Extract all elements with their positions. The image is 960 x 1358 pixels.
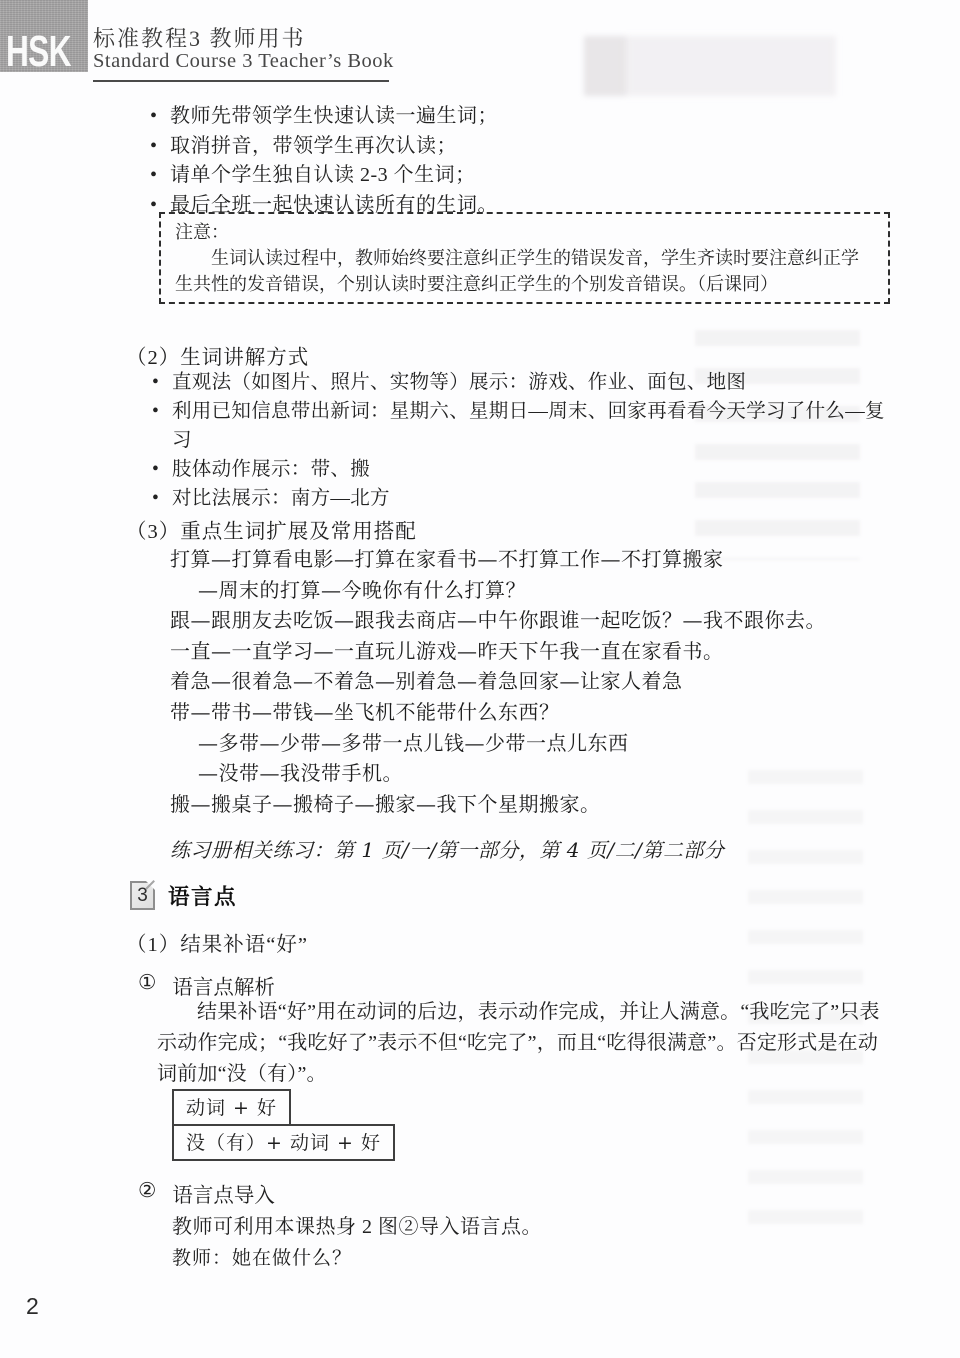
bullet-icon: • [148, 161, 170, 191]
teacher-dialogue-line: 教师：她在做什么？ [172, 1243, 352, 1270]
expansion-line: 一直—一直学习—一直玩儿游戏—昨天下午我一直在家看书。 [170, 636, 896, 667]
bullet-text: 教师先带领学生快速认读一遍生词； [170, 102, 894, 132]
list-item: •利用已知信息带出新词：星期六、星期日—周末、回家再看看今天学习了什么—复习 [150, 398, 894, 456]
expansion-line: —周末的打算—今晚你有什么打算？ [170, 575, 896, 606]
subsection-heading-result-complement: （1）结果补语“好” [126, 927, 308, 957]
expansion-line: 着急—很着急—不着急—别着急—着急回家—让家人着急 [170, 666, 896, 697]
list-item: •教师先带领学生快速认读一遍生词； [148, 102, 894, 132]
expansion-line: —多带—少带—多带一点儿钱—少带一点儿东西 [170, 728, 896, 759]
circled-number-1: ① [138, 970, 156, 1000]
grammar-explanation-paragraph: 结果补语“好”用在动词的后边，表示动作完成，并让人满意。“我吃完了”只表示动作完… [157, 997, 897, 1090]
list-item: •请单个学生独自认读 2-3 个生词； [148, 161, 894, 191]
header-underline [93, 80, 389, 82]
hsk-logo: HSK [0, 0, 88, 72]
list-item: •对比法展示：南方—北方 [150, 485, 894, 514]
bullet-text: 利用已知信息带出新词：星期六、星期日—周末、回家再看看今天学习了什么—复习 [172, 398, 894, 456]
bullet-text: 取消拼音，带领学生再次认读； [170, 132, 894, 162]
section-heading-vocab-explain: （2）生词讲解方式 [126, 340, 309, 370]
vocab-expansion-lines: 打算—打算看电影—打算在家看书—不打算工作—不打算搬家 —周末的打算—今晚你有什… [170, 544, 896, 819]
grammar-formula-box-1: 动词 + 好 [172, 1089, 291, 1126]
bullet-text: 肢体动作展示：带、搬 [172, 456, 894, 485]
bullet-icon: • [150, 456, 172, 485]
hsk-logo-text: HSK [6, 30, 71, 74]
grammar-formula-box-2: 没（有）+ 动词 + 好 [172, 1124, 395, 1161]
language-points-header: 3 语言点 [130, 880, 237, 911]
language-point-item-1: ① 语言点解析 [138, 970, 275, 1000]
bullet-text: 直观法（如图片、照片、实物等）展示：游戏、作业、面包、地图 [172, 369, 894, 398]
lead-in-instruction: 教师可利用本课热身 2 图②导入语言点。 [172, 1210, 542, 1239]
book-title-english: Standard Course 3 Teacher’s Book [93, 50, 394, 73]
list-item: •直观法（如图片、照片、实物等）展示：游戏、作业、面包、地图 [150, 369, 894, 398]
book-title-chinese: 标准教程3 教师用书 [93, 22, 306, 53]
bleedthrough-top-banner [584, 36, 836, 96]
section-heading-vocab-expand: （3）重点生词扩展及常用搭配 [126, 514, 417, 544]
expansion-line: 带—带书—带钱—坐飞机不能带什么东西？ [170, 697, 896, 728]
language-point-item-2: ② 语言点导入 [138, 1178, 275, 1208]
bullet-icon: • [148, 102, 170, 132]
bullet-icon: • [148, 132, 170, 162]
section-number-badge: 3 [130, 881, 155, 910]
bullet-text: 请单个学生独自认读 2-3 个生词； [170, 161, 894, 191]
reading-procedure-list: •教师先带领学生快速认读一遍生词； •取消拼音，带领学生再次认读； •请单个学生… [148, 102, 894, 220]
circled-number-2: ② [138, 1178, 156, 1208]
language-points-title: 语言点 [168, 880, 237, 911]
note-box: 注意： 生词认读过程中，教师始终要注意纠正学生的错误发音，学生齐读时要注意纠正学… [159, 212, 890, 304]
note-label: 注意： [175, 219, 876, 245]
page-number: 2 [26, 1293, 39, 1320]
expansion-line: —没带—我没带手机。 [170, 758, 896, 789]
bullet-icon: • [150, 485, 172, 514]
item-title: 语言点解析 [172, 970, 275, 1000]
book-page: HSK 标准教程3 教师用书 Standard Course 3 Teacher… [0, 0, 960, 1358]
list-item: •取消拼音，带领学生再次认读； [148, 132, 894, 162]
vocab-explain-list: •直观法（如图片、照片、实物等）展示：游戏、作业、面包、地图 •利用已知信息带出… [150, 369, 894, 514]
expansion-line: 搬—搬桌子—搬椅子—搬家—我下个星期搬家。 [170, 789, 896, 820]
item-title: 语言点导入 [172, 1178, 275, 1208]
expansion-line: 跟—跟朋友去吃饭—跟我去商店—中午你跟谁一起吃饭？—我不跟你去。 [170, 605, 896, 636]
bullet-text: 对比法展示：南方—北方 [172, 485, 894, 514]
list-item: •肢体动作展示：带、搬 [150, 456, 894, 485]
expansion-line: 打算—打算看电影—打算在家看书—不打算工作—不打算搬家 [170, 544, 896, 575]
note-body: 生词认读过程中，教师始终要注意纠正学生的错误发音，学生齐读时要注意纠正学生共性的… [175, 245, 876, 297]
workbook-exercise-note: 练习册相关练习：第 1 页/一/第一部分，第 4 页/二/第二部分 [170, 834, 724, 863]
bullet-icon: • [150, 369, 172, 398]
bullet-icon: • [150, 398, 172, 456]
